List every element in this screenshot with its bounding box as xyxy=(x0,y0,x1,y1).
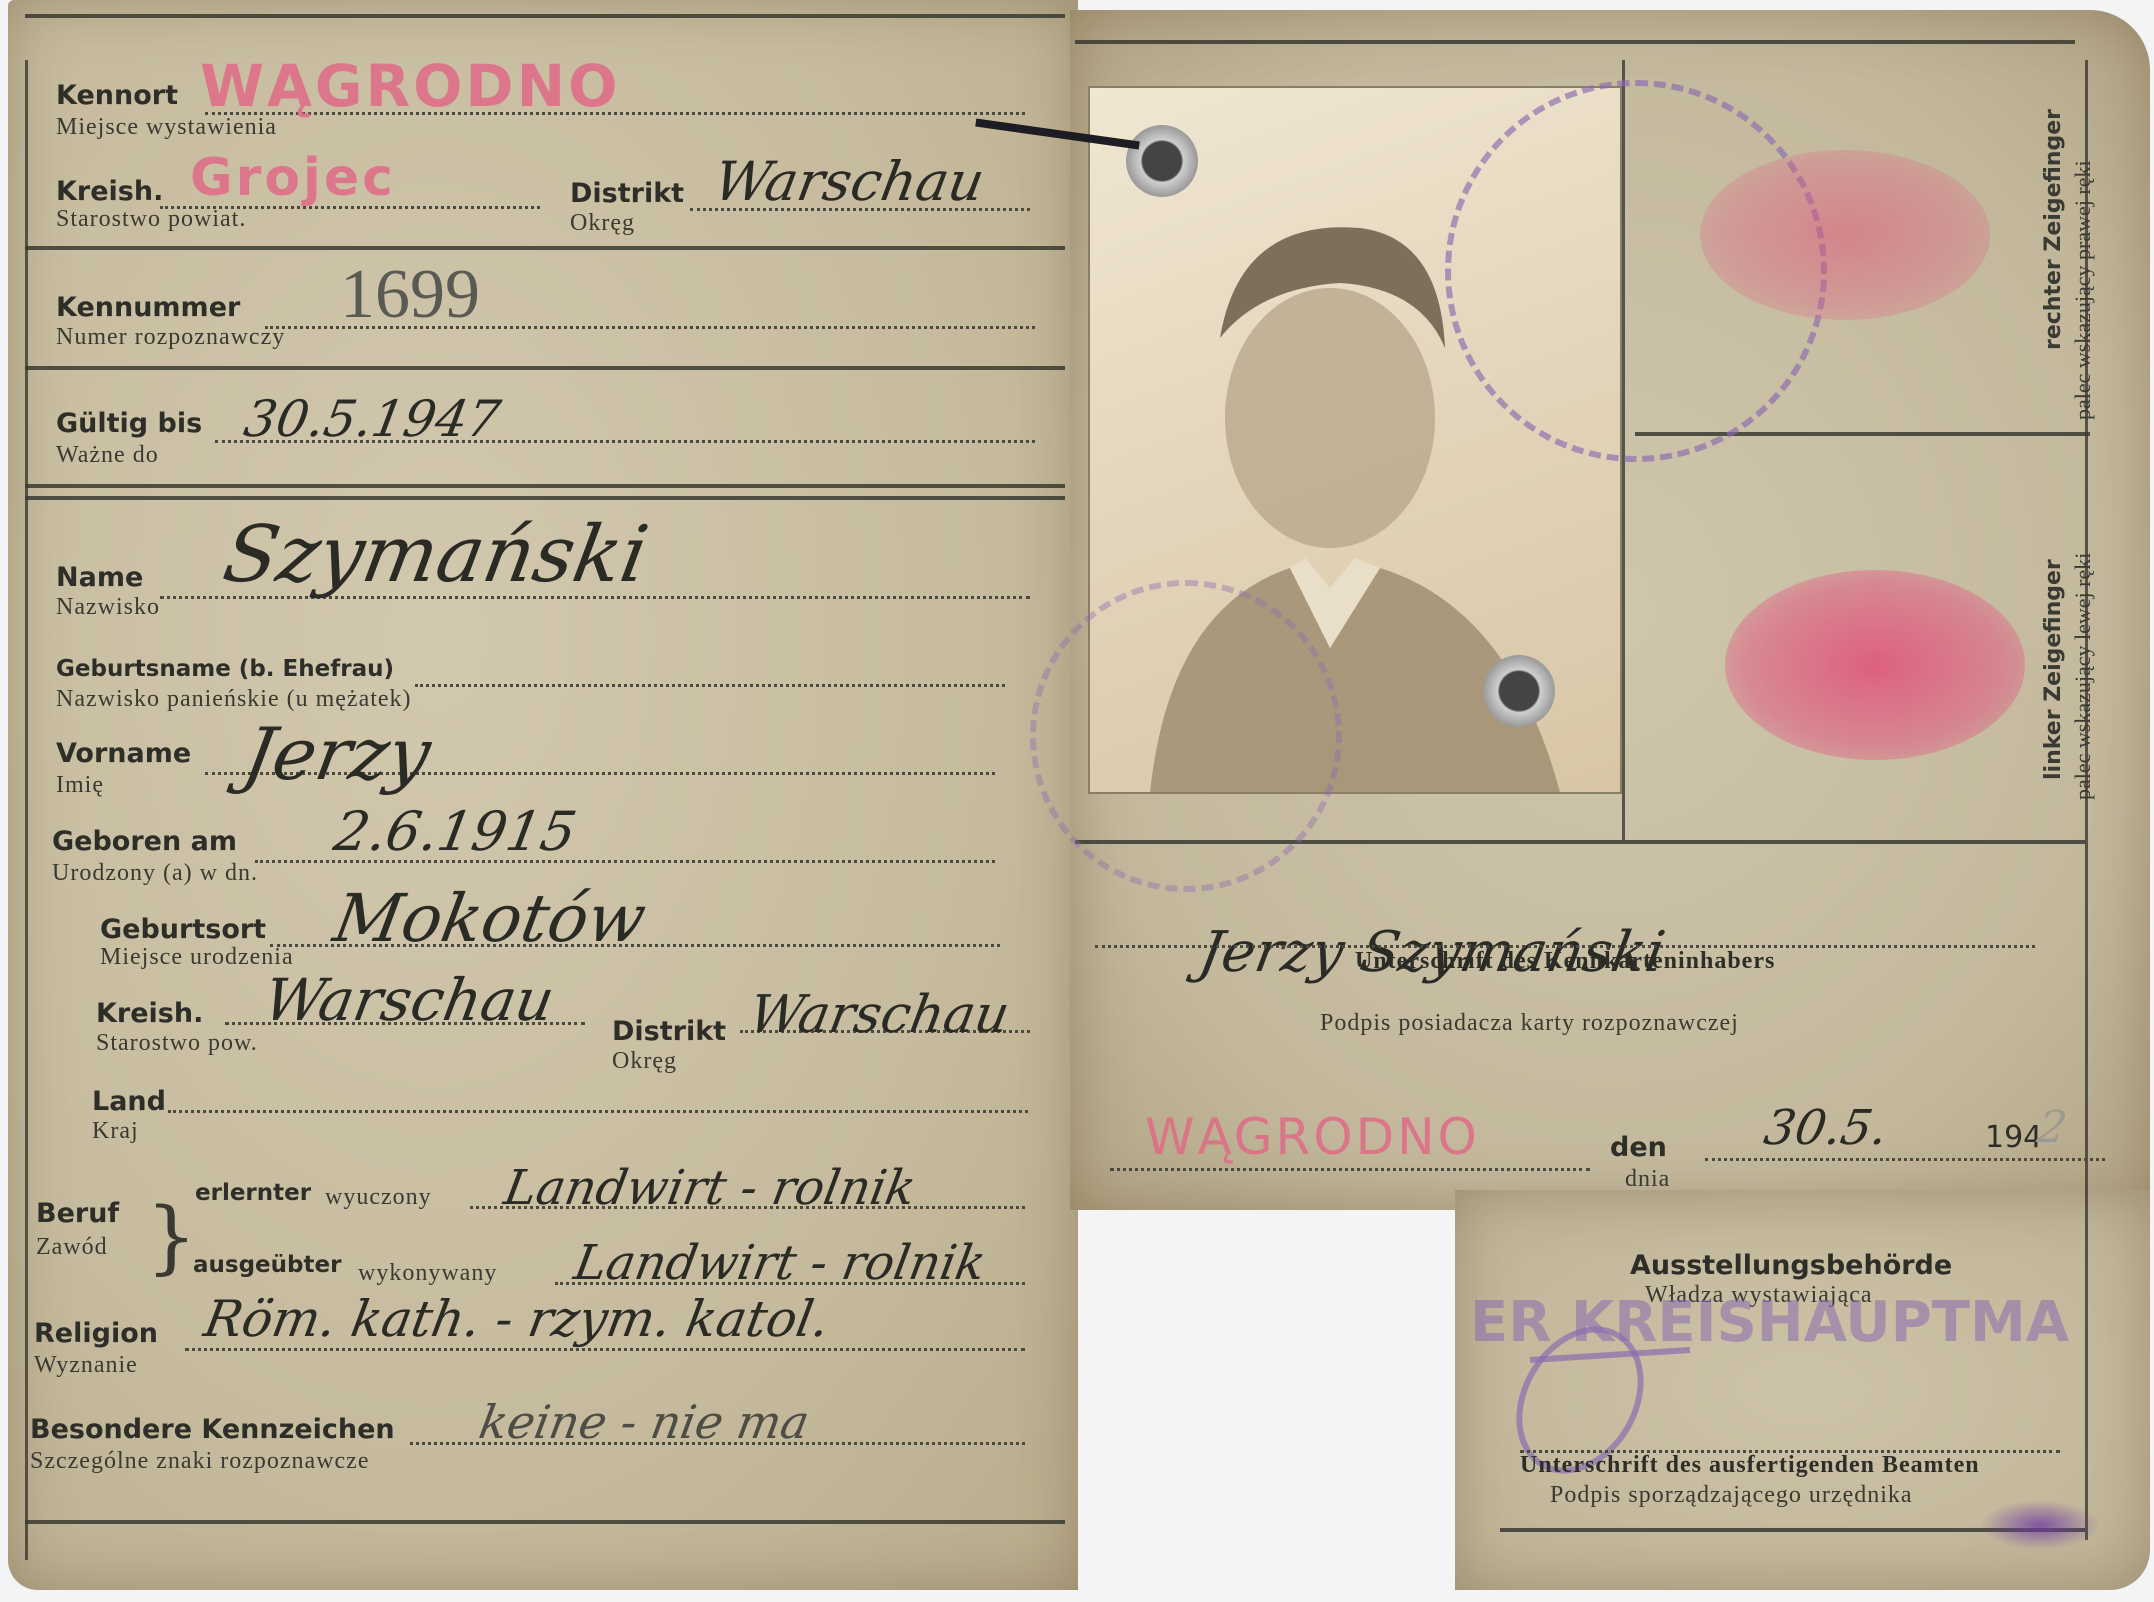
rule xyxy=(25,366,1065,370)
kreis-value: Warschau xyxy=(259,966,559,1034)
practiced-value: Landwirt - rolnik xyxy=(570,1235,990,1291)
rule xyxy=(25,60,28,1560)
valid-label: Gültig bis xyxy=(56,408,202,439)
den-label: den xyxy=(1610,1132,1667,1163)
eyelet xyxy=(1483,655,1555,727)
birthplace-value: Mokotów xyxy=(328,880,651,957)
distrikt-top-label-pl: Okręg xyxy=(570,210,635,237)
distrikt-label-pl: Okręg xyxy=(612,1048,677,1075)
learned-value: Landwirt - rolnik xyxy=(500,1160,920,1216)
surname-value: Szymański xyxy=(217,510,654,600)
birthdate-label: Geboren am xyxy=(52,826,237,857)
number-label-pl: Numer rozpoznawczy xyxy=(56,324,285,351)
official-seal-stamp xyxy=(1030,580,1342,892)
surname-label-pl: Nazwisko xyxy=(56,594,160,621)
number-value: 1699 xyxy=(340,255,480,335)
official-signature-label: Unterschrift des ausfertigenden Beamten xyxy=(1520,1452,1980,1479)
left-fingerprint xyxy=(1725,570,2025,760)
dnia-label: dnia xyxy=(1625,1166,1670,1193)
kreis-top-label-pl: Starostwo powiat. xyxy=(56,206,246,233)
religion-label: Religion xyxy=(34,1318,158,1349)
brace: } xyxy=(146,1190,197,1283)
marks-value: keine - nie ma xyxy=(475,1395,813,1449)
land-label-pl: Kraj xyxy=(92,1118,139,1145)
birthdate-value: 2.6.1915 xyxy=(329,800,581,863)
birthdate-label-pl: Urodzony (a) w dn. xyxy=(52,860,258,887)
field-line xyxy=(1705,1158,2105,1161)
kreis-label-pl: Starostwo pow. xyxy=(96,1030,258,1057)
birthname-label-pl: Nazwisko panieńskie (u mężatek) xyxy=(56,686,412,713)
rule xyxy=(25,246,1065,250)
right-fingerprint xyxy=(1700,150,1990,320)
field-line xyxy=(185,1348,1025,1351)
field-line xyxy=(415,684,1005,687)
authority-label: Ausstellungsbehörde xyxy=(1630,1250,1952,1281)
religion-value: Röm. kath. - rzym. katol. xyxy=(200,1290,834,1348)
kennort-stamp: WĄGRODNO xyxy=(200,52,620,120)
kreis-top-stamp: Grojec xyxy=(190,148,396,208)
kreis-label: Kreish. xyxy=(96,998,203,1029)
birthname-label: Geburtsname (b. Ehefrau) xyxy=(56,656,394,682)
birthplace-label: Geburtsort xyxy=(100,914,266,945)
left-page xyxy=(8,0,1078,1590)
firstname-label-pl: Imię xyxy=(56,772,104,799)
distrikt-label: Distrikt xyxy=(612,1016,726,1047)
left-finger-label: linker Zeigefinger xyxy=(2040,559,2066,780)
learned-label-pl: wyuczony xyxy=(325,1184,432,1211)
distrikt-value: Warschau xyxy=(745,985,1014,1045)
land-label: Land xyxy=(92,1086,166,1117)
left-finger-label-pl: palec wskazujący lewej ręki xyxy=(2070,553,2096,800)
marks-label: Besondere Kennzeichen xyxy=(30,1414,395,1445)
marks-label-pl: Szczególne znaki rozpoznawcze xyxy=(30,1448,370,1475)
holder-signature-label-pl: Podpis posiadacza karty rozpoznawczej xyxy=(1320,1010,1739,1037)
official-signature-label-pl: Podpis sporządzającego urzędnika xyxy=(1550,1482,1913,1509)
birthplace-label-pl: Miejsce urodzenia xyxy=(100,944,294,971)
practiced-label-pl: wykonywany xyxy=(358,1260,497,1287)
right-finger-label-pl: palec wskazujący prawej ręki xyxy=(2070,160,2096,420)
firstname-value: Jerzy xyxy=(238,712,437,796)
rule xyxy=(25,496,1065,500)
number-label: Kennummer xyxy=(56,292,240,323)
occupation-label: Beruf xyxy=(36,1198,119,1229)
right-finger-label: rechter Zeigefinger xyxy=(2040,109,2066,350)
rule xyxy=(1075,40,2075,44)
distrikt-top-value: Warschau xyxy=(709,150,989,213)
surname-label: Name xyxy=(56,562,143,593)
valid-label-pl: Ważne do xyxy=(56,442,159,469)
rule xyxy=(25,14,1065,18)
issue-place-stamp: WĄGRODNO xyxy=(1145,1108,1480,1166)
eyelet xyxy=(1126,125,1198,197)
learned-label: erlernter xyxy=(195,1180,311,1206)
valid-value: 30.5.1947 xyxy=(240,390,505,448)
distrikt-top-label: Distrikt xyxy=(570,178,684,209)
holder-signature-label: Unterschrift des Kennkarteninhabers xyxy=(1355,948,1775,975)
firstname-label: Vorname xyxy=(56,738,191,769)
field-line xyxy=(168,1110,1028,1113)
occupation-label-pl: Zawód xyxy=(36,1234,108,1261)
practiced-label: ausgeübter xyxy=(193,1252,341,1278)
issue-date-value: 30.5. xyxy=(1760,1100,1892,1156)
field-line xyxy=(1110,1168,1590,1171)
rule xyxy=(25,1520,1065,1524)
religion-label-pl: Wyznanie xyxy=(34,1352,138,1379)
rule xyxy=(25,484,1065,488)
kennort-label: Kennort xyxy=(56,80,178,111)
ink-smudge xyxy=(1980,1500,2100,1550)
kreis-top-label: Kreish. xyxy=(56,176,163,207)
